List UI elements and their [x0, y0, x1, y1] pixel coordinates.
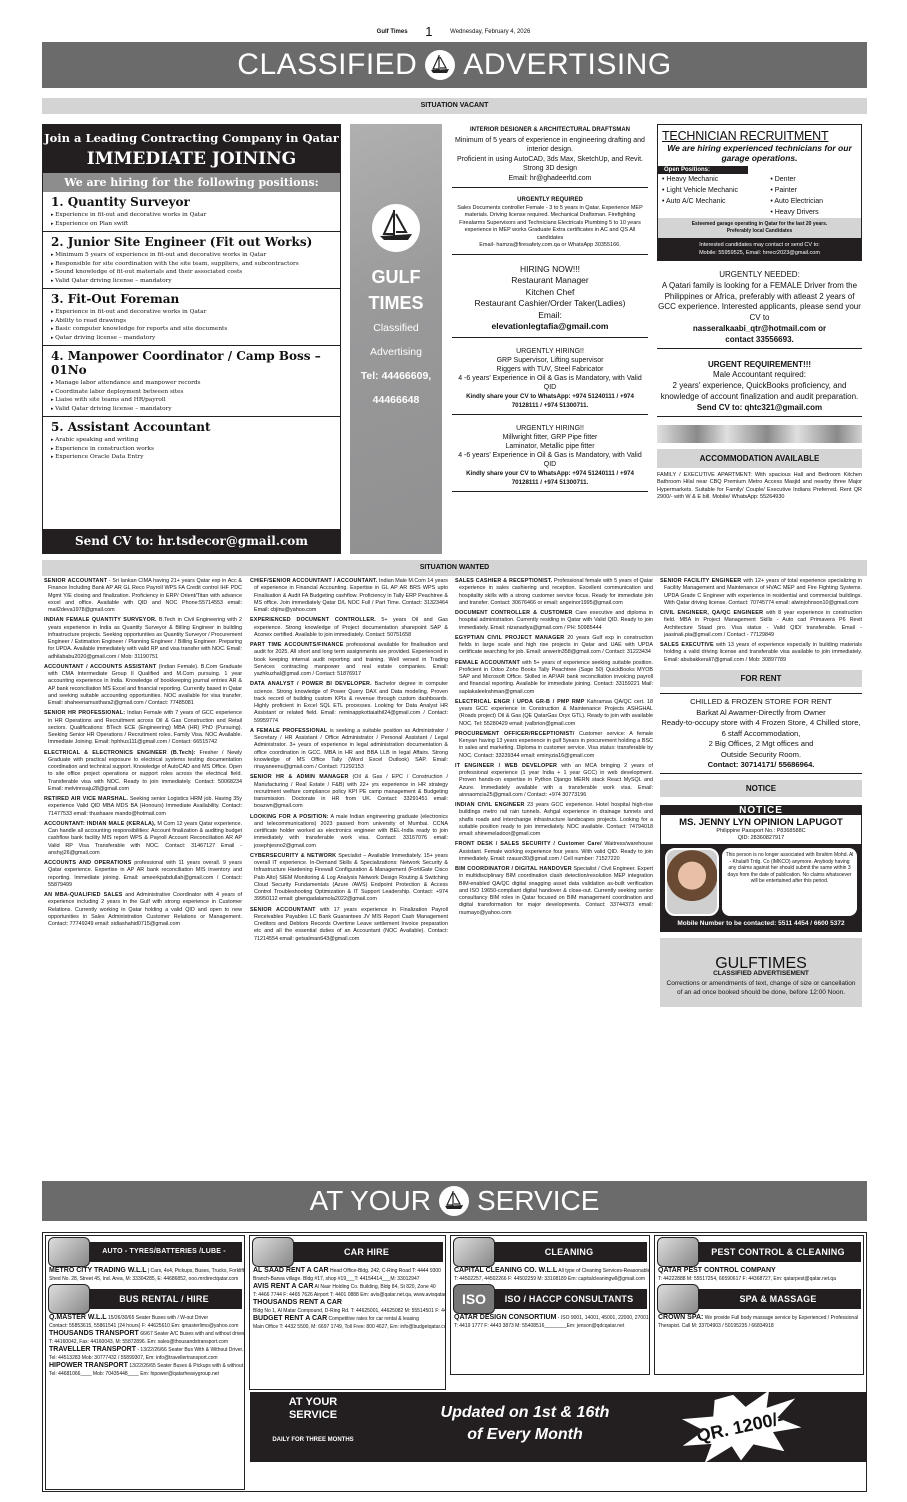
wanted-column-2: CHIEF/SENIOR ACCOUNTANT / ACCOUNTANT. In…	[250, 578, 448, 946]
section-notice: NOTICE	[660, 780, 862, 797]
service-col-4: PEST CONTROL & CLEANING QATAR PEST CONTR…	[654, 1235, 864, 1375]
section-situation-wanted: SITUATION WANTED	[42, 560, 867, 576]
strip-phone: Tel: 44466609,	[350, 364, 442, 388]
wanted-ad: SALES EXECUTIVE with 13 years of experie…	[660, 642, 862, 664]
female-driver-ad: URGENTLY NEEDED:A Qatari family is looki…	[657, 267, 862, 349]
wanted-ad: BIM COORDINATOR / DIGITAL HANDOVER Speci…	[455, 866, 653, 917]
vacancy-ad: INTERIOR DESIGNER & ARCHITECTURAL DRAFTS…	[452, 124, 648, 188]
contracting-company-ad: Join a Leading Contracting Company in Qa…	[42, 124, 341, 554]
decorative-divider	[657, 425, 862, 443]
iso-icon: ISO	[453, 1284, 495, 1314]
ad-subheadline: IMMEDIATE JOINING	[43, 149, 340, 169]
classified-banner: CLASSIFIED ADVERTISING	[42, 42, 867, 88]
masthead: Gulf Times 1 Wednesday, February 4, 2026	[0, 24, 907, 39]
wanted-ad: RETIRED AIR VICE MARSHAL. Seeking senior…	[44, 796, 242, 818]
cleaning-icon	[453, 1237, 495, 1267]
hiring-subheading: We are hiring for the following position…	[43, 173, 340, 192]
wanted-ad: IT ENGINEER / WEB DEVELOPER with an MCA …	[455, 763, 653, 799]
wanted-ad: FEMALE ACCOUNTANT with 5+ years of exper…	[455, 660, 653, 696]
position-3: 3. Fit-Out ForemanExperience in fit-out …	[43, 289, 340, 346]
wanted-ad: EGYPTIAN CIVIL PROJECT MANAGER 20 years …	[455, 635, 653, 657]
wanted-ad: CIVIL ENGINEER, QA/QC ENGINEER with 8 ye…	[660, 610, 862, 639]
vacancy-ad: URGENTLY HIRING!!Millwright fitter, GRP …	[452, 422, 648, 492]
wanted-ad: FRONT DESK / SALES SECURITY / Customer C…	[455, 841, 653, 863]
dhow-boat-icon	[372, 204, 420, 252]
wanted-ad: SENIOR ACCOUNTANT with 17 years experien…	[250, 907, 448, 943]
price-burst: QR. 1200/-	[674, 1382, 805, 1472]
service-col-1: AUTO - TYRES/BATTERIES /LUBE - CHANGING …	[45, 1235, 245, 1490]
person-photo	[665, 848, 719, 916]
dhow-boat-icon	[425, 50, 455, 80]
wanted-ad: LOOKING FOR A POSITION: A male Indian en…	[250, 814, 448, 850]
wanted-ad: INDIAN FEMALE QUANTITY SURVEYOR. B.Tech …	[44, 617, 242, 661]
bus-icon	[48, 1284, 90, 1314]
wanted-ad: ACCOUNTANT / ACCOUNTS ASSISTANT (Indian …	[44, 664, 242, 708]
ad-headline: Join a Leading Contracting Company in Qa…	[43, 131, 340, 145]
wanted-ad: SENIOR FACILITY ENGINEER with 12+ years …	[660, 578, 862, 607]
wanted-ad: ACCOUNTS AND OPERATIONS professional wit…	[44, 860, 242, 889]
technician-recruitment-ad: TECHNICIAN RECRUITMENT We are hiring exp…	[657, 124, 862, 261]
wanted-ad: SENIOR HR PROFESSIONAL: Indian Female wi…	[44, 710, 242, 746]
at-your-service-banner: AT YOUR SERVICE	[42, 1181, 867, 1221]
section-accommodation: ACCOMMODATION AVAILABLE	[657, 449, 862, 468]
store-rent-ad: CHILLED & FROZEN STORE FOR RENTBarkat Al…	[660, 693, 862, 774]
vacancy-ad: HIRING NOW!!!Restaurant ManagerKitchen C…	[452, 262, 648, 338]
wanted-ad: CYBERSECURITY & NETWORK Specialist – Ava…	[250, 853, 448, 904]
wanted-ad: A FEMALE PROFESSIONAL is seeking a suita…	[250, 728, 448, 772]
banner-left-text: CLASSIFIED	[237, 48, 417, 82]
wanted-ad: PROCUREMENT OFFICER/RECEPTIONIST/ Custom…	[455, 731, 653, 760]
wanted-ad: ACCOUNTANT: INDIAN MALE (KERALA), M Com …	[44, 821, 242, 857]
wanted-ad: DATA ANALYST / POWER BI DEVELOPER. Bache…	[250, 681, 448, 725]
wanted-ad: DOCUMENT CONTROLLER & CUSTOMER Care exec…	[455, 610, 653, 632]
section-situation-vacant: SITUATION VACANT	[42, 98, 867, 114]
right-ads-column: TECHNICIAN RECRUITMENT We are hiring exp…	[657, 124, 862, 502]
wanted-ad: SENIOR HR & ADMIN MANAGER (Oil & Gas / E…	[250, 774, 448, 810]
spa-icon	[657, 1284, 699, 1314]
wanted-column-4: SENIOR FACILITY ENGINEER with 12+ years …	[660, 578, 862, 1007]
wanted-ad: CHIEF/SENIOR ACCOUNTANT / ACCOUNTANT. In…	[250, 578, 448, 614]
tyre-icon	[48, 1237, 90, 1267]
vacancy-ad: URGENTLY HIRING!!GRP Supervisor, Lifting…	[452, 345, 648, 415]
wanted-ad: SALES CASHIER & RECEPTIONIST. Profession…	[455, 578, 653, 607]
wanted-ad: SENIOR ACCOUNTANT - Sri lankan CIMA havi…	[44, 578, 242, 614]
accountant-requirement-ad: URGENT REQUIREMENT!!!Male Accountant req…	[657, 357, 862, 417]
service-promo-banner: AT YOUR SERVICE DAILY FOR THREE MONTHS U…	[250, 1392, 867, 1462]
wanted-column-3: SALES CASHIER & RECEPTIONIST. Profession…	[455, 578, 653, 920]
gulf-times-strip: GULF TIMES Classified Advertising Tel: 4…	[350, 124, 442, 554]
position-1: 1. Quantity SurveyorExperience in fit-ou…	[43, 192, 340, 232]
wanted-ad: EXPERIENCED DOCUMENT CONTROLLER. 5+ year…	[250, 617, 448, 639]
section-for-rent: FOR RENT	[660, 670, 862, 687]
wanted-column-1: SENIOR ACCOUNTANT - Sri lankan CIMA havi…	[44, 578, 242, 931]
accommodation-ad: FAMILY / EXECUTIVE APARTMENT: With spaci…	[657, 472, 862, 502]
banner-right-text: ADVERTISING	[463, 48, 671, 82]
publication-date: Wednesday, February 4, 2026	[450, 29, 530, 35]
pest-control-icon	[657, 1237, 699, 1267]
notice-ad: NOTICE MS. JENNY LYN OPINION LAPUGOT Phi…	[660, 805, 862, 933]
vacancy-ads-column: INTERIOR DESIGNER & ARCHITECTURAL DRAFTS…	[452, 124, 648, 499]
wanted-ad: PART TIME ACCOUNTS/FINANCE professional …	[250, 642, 448, 678]
gulf-times-info-box: GULFTIMES CLASSIFIED ADVERTISEMENT Corre…	[660, 938, 862, 1007]
position-2: 2. Junior Site Engineer (Fit out Works)M…	[43, 232, 340, 289]
dhow-boat-icon	[439, 1186, 469, 1216]
car-icon	[252, 1237, 294, 1267]
publication-name: Gulf Times	[377, 29, 408, 35]
vacancy-ad: URGENTLY REQUIREDSales Documents control…	[452, 195, 648, 255]
wanted-ad: ELECTRICAL & ELECTRONICS ENGINEER (B.Tec…	[44, 750, 242, 794]
position-5: 5. Assistant AccountantArabic speaking a…	[43, 417, 340, 465]
wanted-ad: INDIAN CIVIL ENGINEER 23 years GCC exper…	[455, 802, 653, 838]
send-cv-email[interactable]: Send CV to: hr.tsdecor@gmail.com	[43, 529, 340, 553]
position-4: 4. Manpower Coordinator / Camp Boss – 01…	[43, 346, 340, 417]
page-number: 1	[425, 24, 432, 39]
service-col-3: CLEANING CAPITAL CLEANING CO. W.L.L All …	[450, 1235, 650, 1375]
service-col-2: CAR HIRE AL SAAD RENT A CAR Head Office-…	[249, 1235, 446, 1390]
wanted-ad: AN MBA-QUALIFIED SALES and Administrativ…	[44, 892, 242, 928]
wanted-ad: ELECTRICAL ENGR / UPDA GR-B / PMP RMP Ka…	[455, 699, 653, 728]
